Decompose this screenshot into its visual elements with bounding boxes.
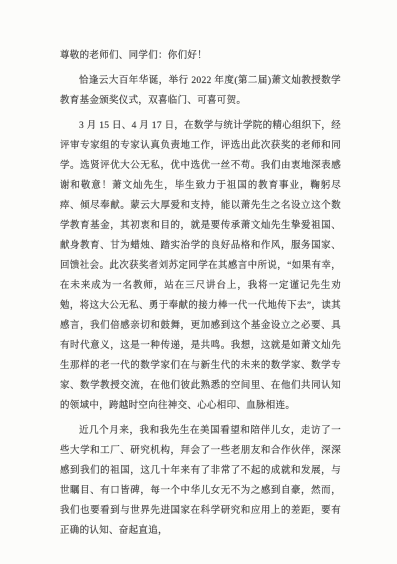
greeting-line: 尊敬的老师们、同学们：你们好！ xyxy=(60,46,341,66)
paragraph-occasion: 恰逢云大百年华诞，举行 2022 年度(第二届)萧文灿教授数学教育基金颁奖仪式，… xyxy=(60,71,341,111)
document-page: 尊敬的老师们、同学们：你们好！ 恰逢云大百年华诞，举行 2022 年度(第二届)… xyxy=(0,0,397,564)
paragraph-recent-months: 近几个月来，我和我先生在美国看望和陪伴儿女，走访了一些大学和工厂、研究机构，拜会… xyxy=(60,421,341,541)
paragraph-award-selection: 3 月 15 日、4 月 17 日，在数学与统计学院的精心组织下，经评审专家组的… xyxy=(60,116,341,416)
document-body: 尊敬的老师们、同学们：你们好！ 恰逢云大百年华诞，举行 2022 年度(第二届)… xyxy=(60,46,341,541)
